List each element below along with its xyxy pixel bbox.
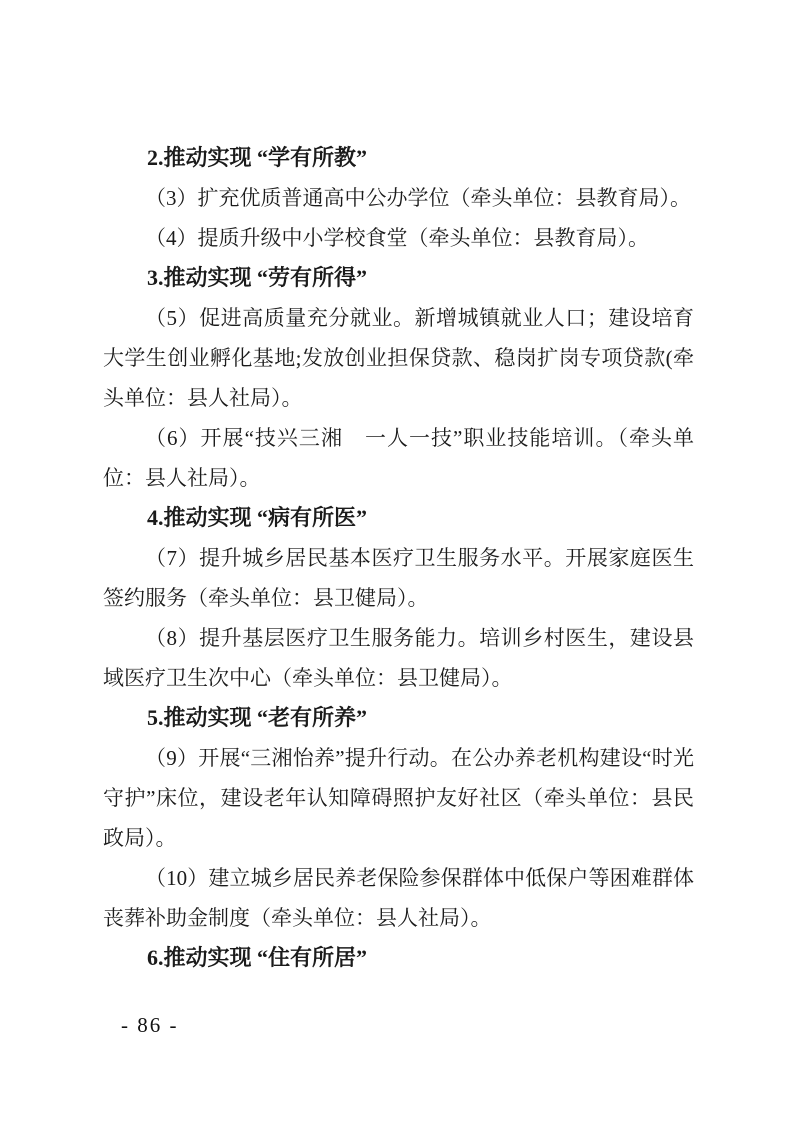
section-heading-5-elderly: 5.推动实现 “老有所养”: [103, 698, 694, 738]
document-page: 2.推动实现 “学有所教” （3）扩充优质普通高中公办学位（牵头单位：县教育局）…: [0, 0, 793, 1122]
section-heading-2-learning: 2.推动实现 “学有所教”: [103, 138, 694, 178]
paragraph-5: （5）促进高质量充分就业。新增城镇就业人口；建设培育大学生创业孵化基地;发放创业…: [103, 298, 694, 418]
paragraph-3: （3）扩充优质普通高中公办学位（牵头单位：县教育局）。: [103, 178, 694, 218]
paragraph-8: （8）提升基层医疗卫生服务能力。培训乡村医生，建设县域医疗卫生次中心（牵头单位：…: [103, 618, 694, 698]
section-heading-3-labor: 3.推动实现 “劳有所得”: [103, 258, 694, 298]
page-number: - 86 -: [121, 1009, 179, 1041]
section-heading-6-housing: 6.推动实现 “住有所居”: [103, 938, 694, 978]
paragraph-6: （6）开展“技兴三湘 一人一技”职业技能培训。（牵头单位：县人社局）。: [103, 418, 694, 498]
paragraph-9: （9）开展“三湘怡养”提升行动。在公办养老机构建设“时光守护”床位，建设老年认知…: [103, 738, 694, 858]
paragraph-7: （7）提升城乡居民基本医疗卫生服务水平。开展家庭医生签约服务（牵头单位：县卫健局…: [103, 538, 694, 618]
document-body: 2.推动实现 “学有所教” （3）扩充优质普通高中公办学位（牵头单位：县教育局）…: [103, 138, 694, 978]
paragraph-10: （10）建立城乡居民养老保险参保群体中低保户等困难群体丧葬补助金制度（牵头单位：…: [103, 858, 694, 938]
section-heading-4-medical: 4.推动实现 “病有所医”: [103, 498, 694, 538]
paragraph-4: （4）提质升级中小学校食堂（牵头单位：县教育局）。: [103, 218, 694, 258]
